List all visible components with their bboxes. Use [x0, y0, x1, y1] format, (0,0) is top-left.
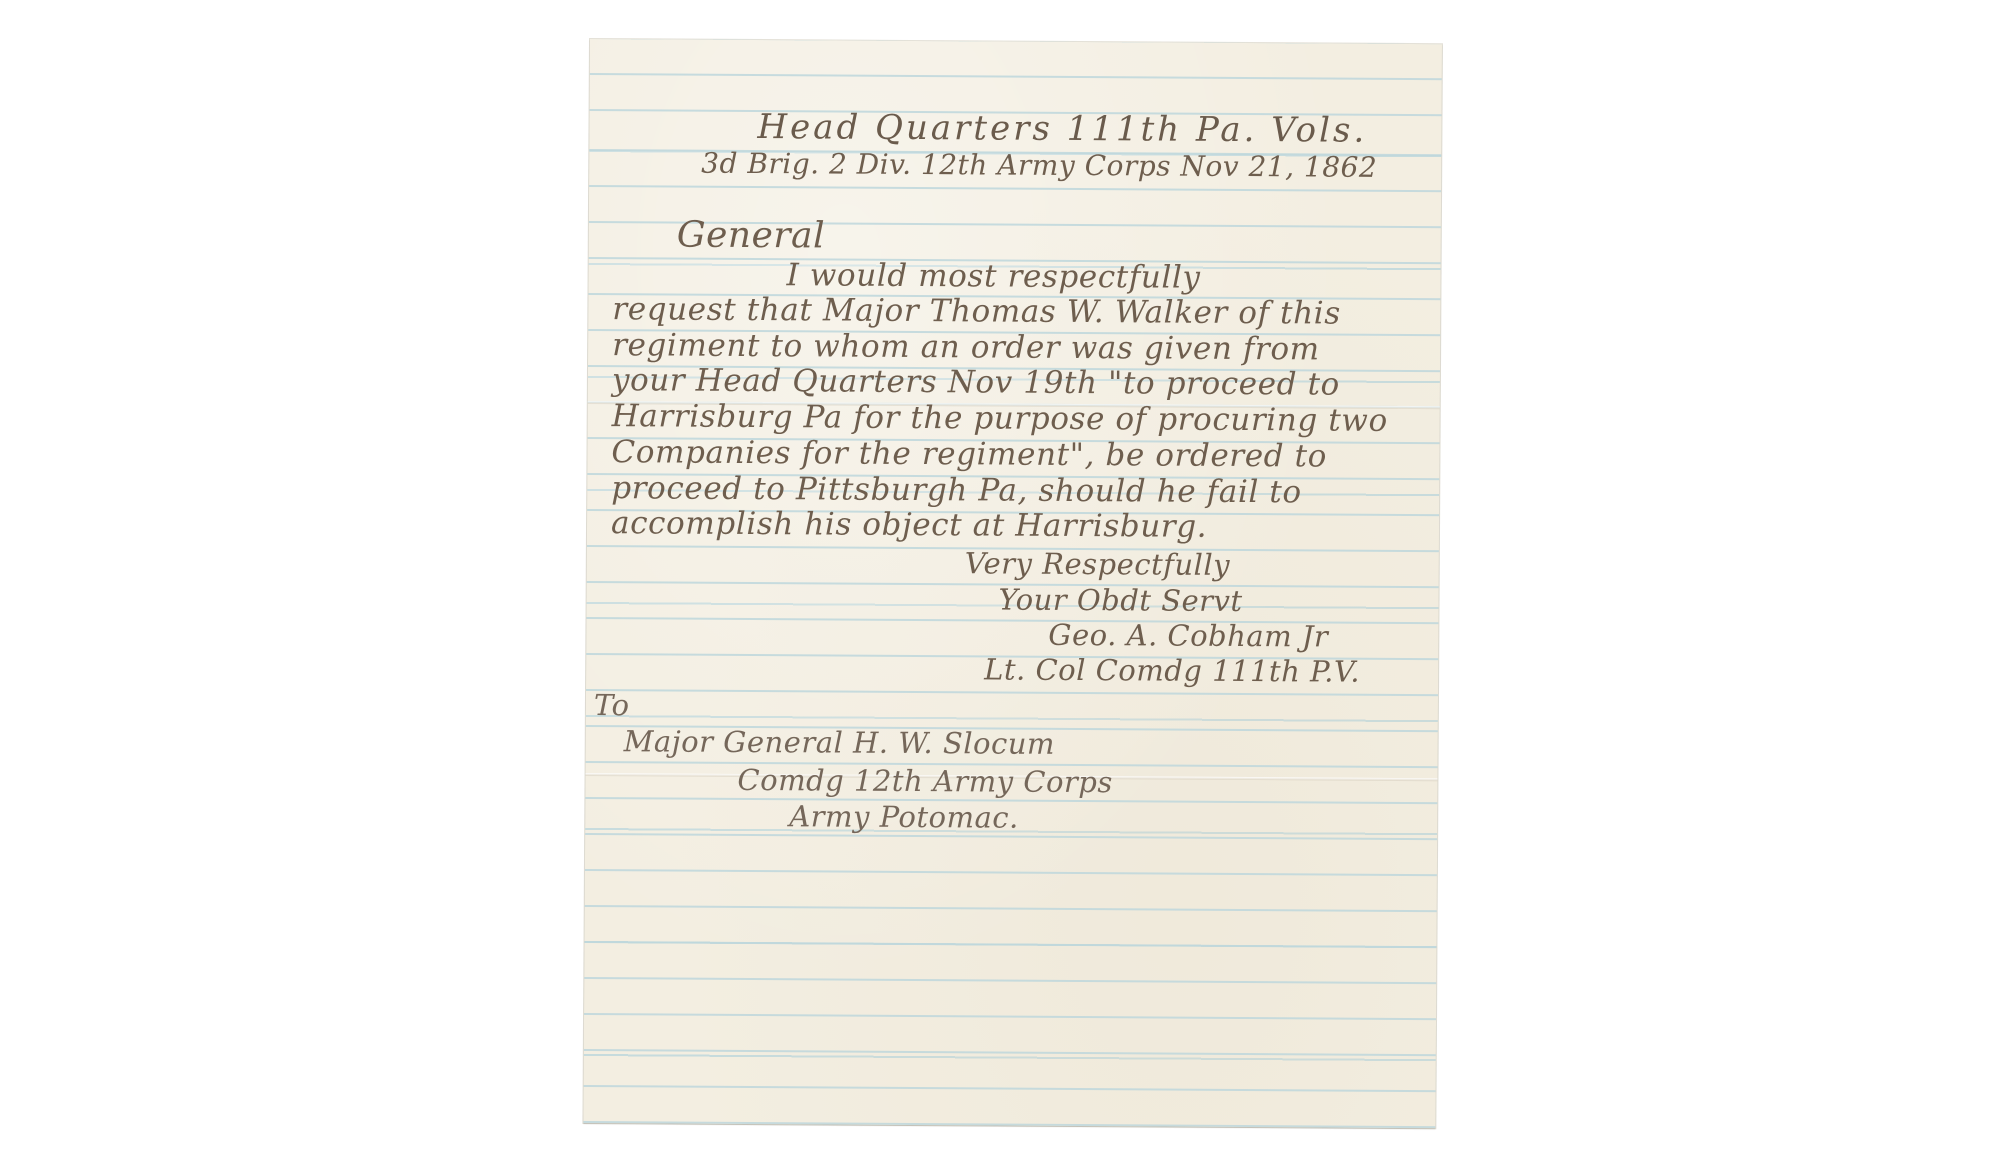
body-line: accomplish his object at Harrisburg.	[611, 508, 1207, 543]
heading-line-1: Head Quarters 111th Pa. Vols.	[757, 110, 1367, 148]
signature: Geo. A. Cobham Jr	[1048, 621, 1328, 652]
heading-line-2: 3d Brig. 2 Div. 12th Army Corps Nov 21, …	[701, 150, 1377, 182]
body-line: request that Major Thomas W. Walker of t…	[612, 294, 1341, 329]
body-line: regiment to whom an order was given from	[612, 330, 1320, 365]
closing-line-1: Very Respectfully	[965, 549, 1230, 580]
signature-title: Lt. Col Comdg 111th P.V.	[984, 655, 1360, 686]
address-line-3: Army Potomac.	[789, 802, 1019, 832]
body-line: Companies for the regiment", be ordered …	[611, 437, 1327, 472]
body-line: Harrisburg Pa for the purpose of procuri…	[612, 401, 1388, 437]
body-line: your Head Quarters Nov 19th "to proceed …	[612, 365, 1340, 400]
body-line: I would most respectfully	[786, 260, 1200, 294]
address-to: To	[594, 691, 630, 720]
salutation: General	[677, 218, 825, 255]
closing-line-2: Your Obdt Servt	[998, 586, 1242, 616]
address-line-2: Comdg 12th Army Corps	[737, 766, 1112, 797]
body-line: proceed to Pittsburgh Pa, should he fail…	[611, 473, 1302, 508]
letter-paper: Head Quarters 111th Pa. Vols. 3d Brig. 2…	[583, 39, 1442, 1128]
address-name: Major General H. W. Slocum	[624, 727, 1055, 759]
